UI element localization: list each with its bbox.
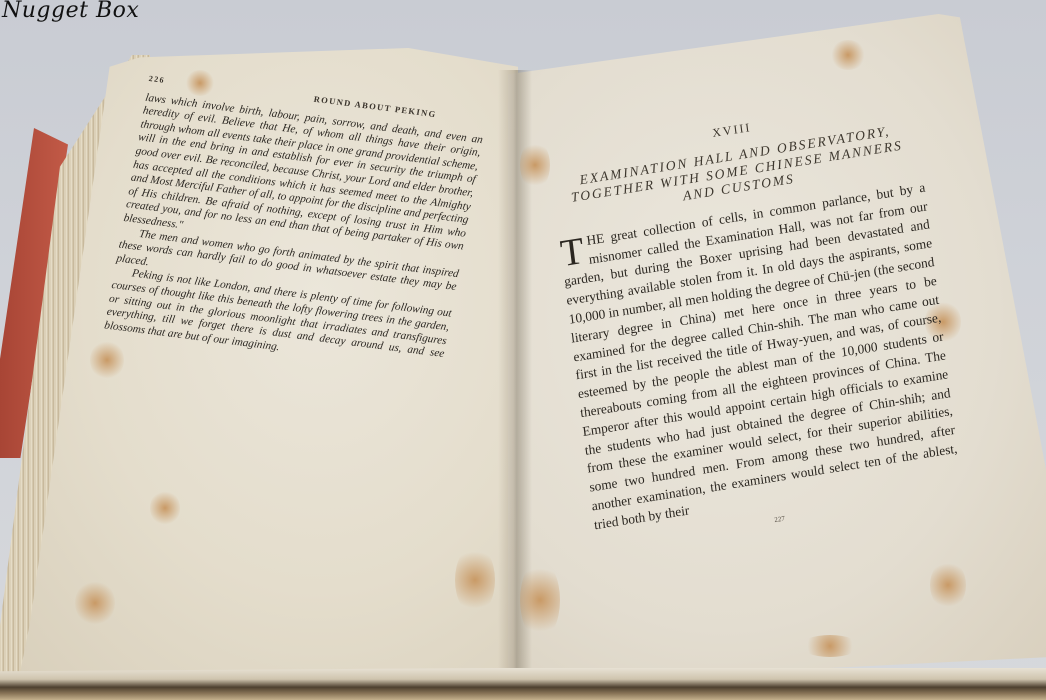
chapter-body-text: HE great collection of cells, in common … <box>563 179 958 532</box>
foxing-stain <box>150 490 180 526</box>
book-bottom-edge <box>0 668 1046 700</box>
drop-cap: T <box>559 235 586 270</box>
foxing-stain <box>800 635 860 657</box>
foxing-stain <box>75 580 115 626</box>
left-page-text: 226 ROUND ABOUT PEKING laws which involv… <box>103 72 487 375</box>
foxing-stain <box>90 340 124 380</box>
right-page-text: XVIII Examination Hall and Observatory, … <box>548 92 963 557</box>
foxing-stain <box>520 560 560 640</box>
left-page-number: 226 <box>148 72 166 87</box>
foxing-stain <box>830 40 866 70</box>
foxing-stain <box>520 140 550 190</box>
foxing-stain <box>455 545 495 615</box>
watermark: Nugget Box <box>2 0 139 23</box>
chapter-body: THE great collection of cells, in common… <box>559 178 961 535</box>
foxing-stain <box>930 560 966 610</box>
